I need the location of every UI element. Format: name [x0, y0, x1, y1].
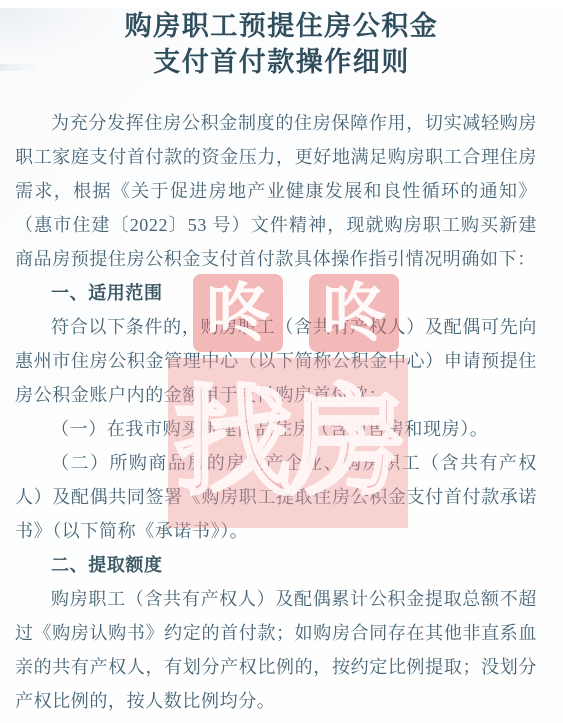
title-line-2: 支付首付款操作细则: [20, 44, 543, 80]
paragraph: （一）在我市购买新建商品住房（含预售房和现房）。: [15, 412, 537, 446]
paragraph: 符合以下条件的，购房职工（含共有产权人）及配偶可先向惠州市住房公积金管理中心（以…: [15, 310, 537, 412]
paragraph: 为充分发挥住房公积金制度的住房保障作用，切实减轻购房职工家庭支付首付款的资金压力…: [15, 106, 537, 276]
paragraph: （二）所购商品房的房地产企业、购房职工（含共有产权人）及配偶共同签署《购房职工提…: [15, 446, 537, 548]
section-heading: 二、提取额度: [15, 548, 537, 582]
paragraph: 购房职工（含共有产权人）及配偶累计公积金提取总额不超过《购房认购书》约定的首付款…: [15, 582, 537, 718]
section-heading: 一、适用范围: [15, 276, 537, 310]
document-page: 购房职工预提住房公积金 支付首付款操作细则 为充分发挥住房公积金制度的住房保障作…: [0, 8, 563, 723]
document-body: 为充分发挥住房公积金制度的住房保障作用，切实减轻购房职工家庭支付首付款的资金压力…: [0, 106, 563, 718]
document-title: 购房职工预提住房公积金 支付首付款操作细则: [20, 8, 543, 80]
title-line-1: 购房职工预提住房公积金: [20, 8, 543, 44]
